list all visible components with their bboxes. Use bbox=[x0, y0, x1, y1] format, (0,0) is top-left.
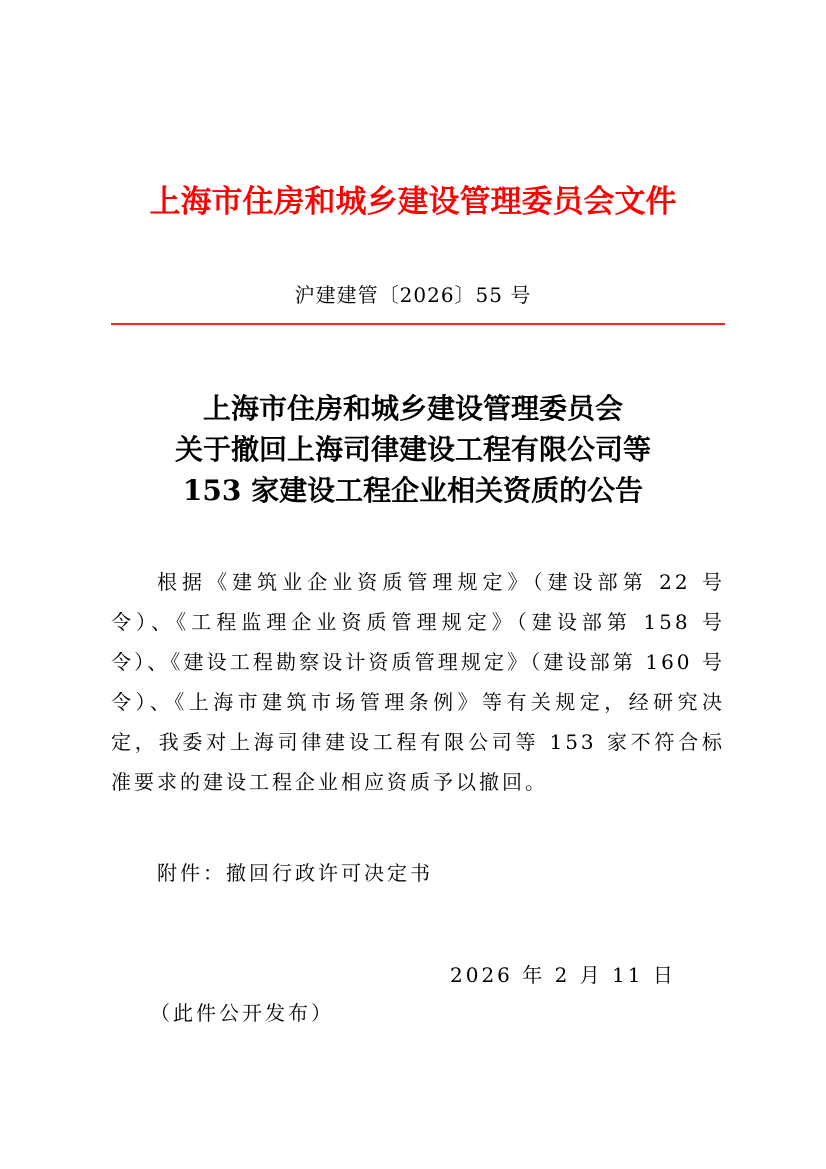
notice-title-line-3: 153 家建设工程企业相关资质的公告 bbox=[0, 470, 826, 511]
red-divider-line bbox=[111, 323, 725, 325]
notice-title: 上海市住房和城乡建设管理委员会 关于撤回上海司律建设工程有限公司等 153 家建… bbox=[0, 388, 826, 511]
body-paragraph: 根据《建筑业企业资质管理规定》（建设部第 22 号令）、《工程监理企业资质管理规… bbox=[111, 562, 725, 802]
notice-title-line-1: 上海市住房和城乡建设管理委员会 bbox=[0, 388, 826, 429]
document-page: 上海市住房和城乡建设管理委员会文件 沪建建管〔2026〕55 号 上海市住房和城… bbox=[0, 0, 826, 1169]
issuing-authority-header: 上海市住房和城乡建设管理委员会文件 bbox=[0, 180, 826, 224]
issue-date: 2026 年 2 月 11 日 bbox=[450, 955, 676, 995]
notice-title-line-2: 关于撤回上海司律建设工程有限公司等 bbox=[0, 429, 826, 470]
attachment-line: 附件：撤回行政许可决定书 bbox=[157, 853, 433, 893]
document-number: 沪建建管〔2026〕55 号 bbox=[0, 281, 826, 309]
publish-note: （此件公开发布） bbox=[150, 993, 334, 1033]
